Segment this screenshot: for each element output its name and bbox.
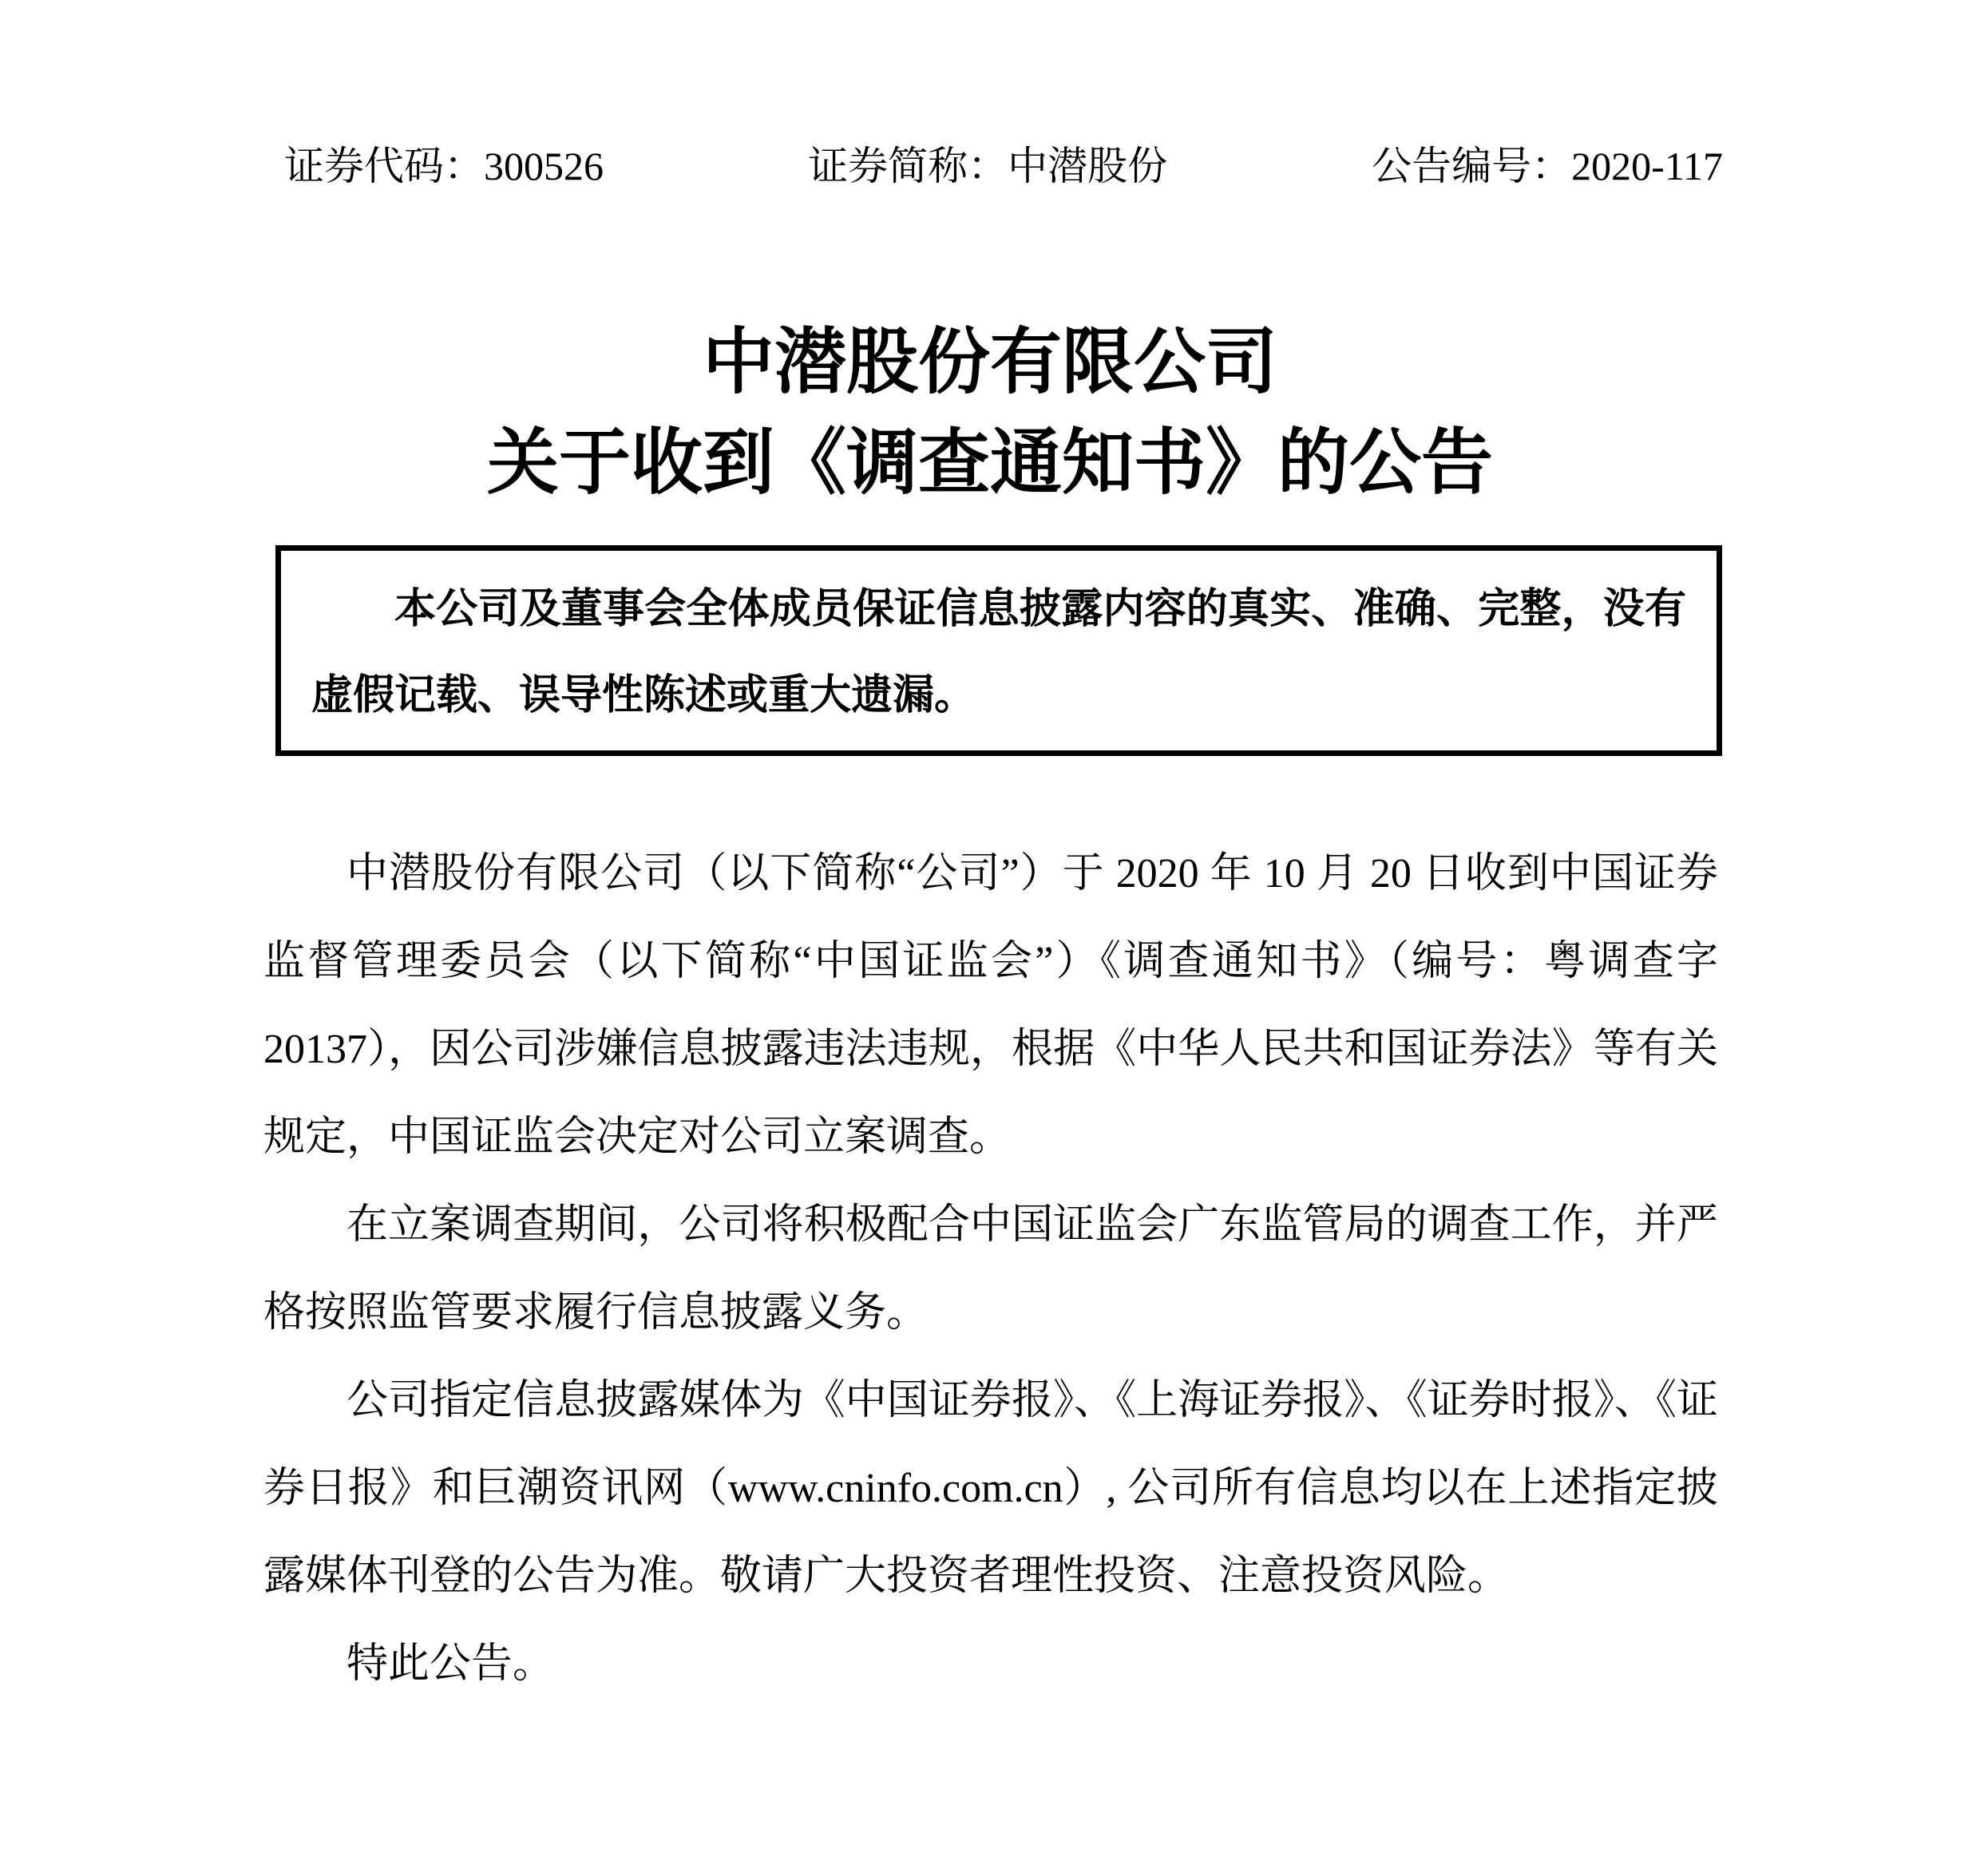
title-company-name: 中潜股份有限公司 [0, 316, 1980, 410]
disclaimer-box: 本公司及董事会全体成员保证信息披露内容的真实、准确、完整，没有虚假记载、误导性陈… [275, 545, 1722, 756]
body-paragraph-closing: 特此公告。 [263, 1621, 1718, 1708]
disclaimer-text: 本公司及董事会全体成员保证信息披露内容的真实、准确、完整，没有虚假记载、误导性陈… [311, 567, 1686, 739]
body-paragraph-cooperation: 在立案调查期间，公司将积极配合中国证监会广东监管局的调查工作，并严格按照监管要求… [263, 1181, 1718, 1357]
stock-code-label: 证券代码：300526 [284, 140, 604, 192]
document-body: 中潜股份有限公司（以下简称“公司”）于 2020 年 10 月 20 日收到中国… [263, 830, 1718, 1708]
title-announcement-subject: 关于收到《调查通知书》的公告 [0, 417, 1980, 511]
body-paragraph-investigation-notice: 中潜股份有限公司（以下简称“公司”）于 2020 年 10 月 20 日收到中国… [263, 830, 1718, 1181]
body-paragraph-disclosure-media: 公司指定信息披露媒体为《中国证券报》、《上海证券报》、《证券时报》、《证券日报》… [263, 1357, 1718, 1621]
stock-abbr-label: 证券简称：中潜股份 [808, 140, 1167, 192]
announcement-document-page: 证券代码：300526 证券简称：中潜股份 公告编号：2020-117 中潜股份… [0, 0, 1980, 1876]
document-title: 中潜股份有限公司 关于收到《调查通知书》的公告 [0, 316, 1980, 511]
document-header: 证券代码：300526 证券简称：中潜股份 公告编号：2020-117 [284, 140, 1723, 192]
announcement-number-label: 公告编号：2020-117 [1372, 140, 1723, 192]
